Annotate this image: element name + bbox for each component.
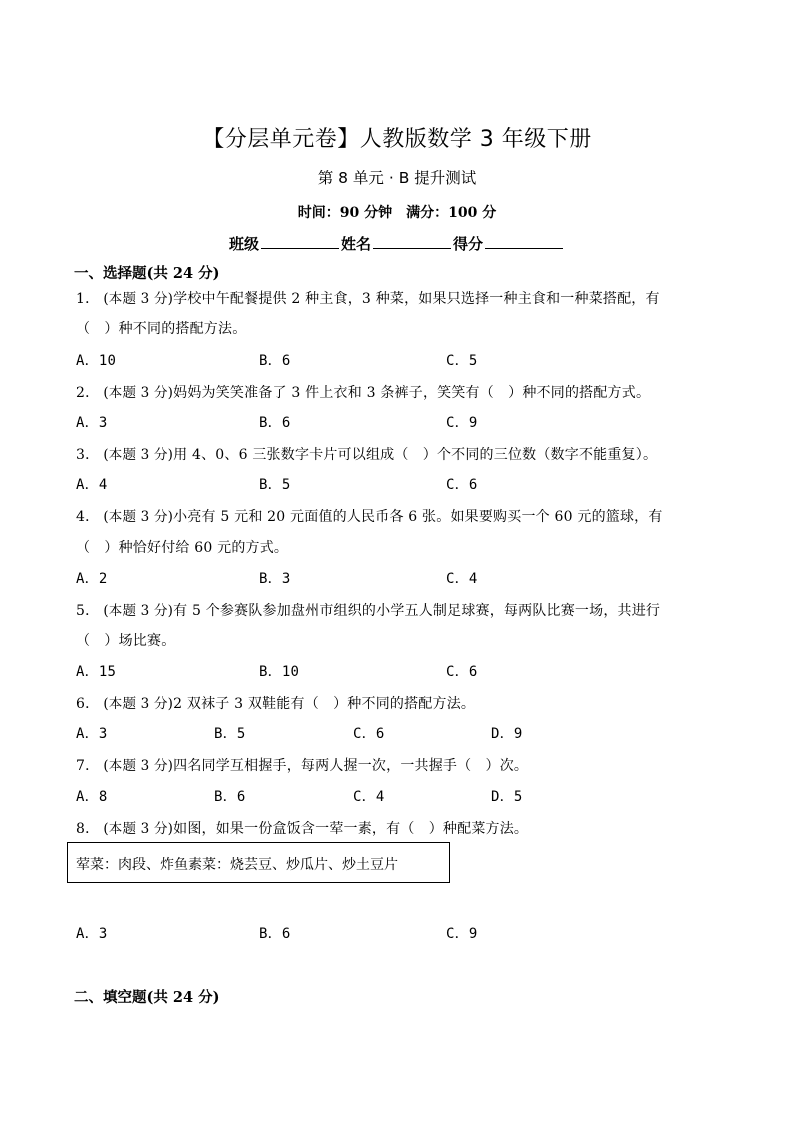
menu-figure-text: 荤菜：肉段、炸鱼素菜：烧芸豆、炒瓜片、炒土豆片 bbox=[76, 854, 398, 874]
question-2-line-1: 2．(本题 3 分)妈妈为笑笑准备了 3 件上衣和 3 条裤子，笑笑有（ ）种不… bbox=[76, 381, 650, 402]
q1-option-b[interactable]: B．6 bbox=[259, 350, 290, 370]
menu-figure-box: 荤菜：肉段、炸鱼素菜：烧芸豆、炒瓜片、炒土豆片 bbox=[67, 842, 450, 883]
score-blank[interactable] bbox=[485, 234, 563, 249]
q1-option-c[interactable]: C．5 bbox=[446, 350, 477, 370]
q2-option-c[interactable]: C．9 bbox=[446, 412, 477, 432]
class-label: 班级 bbox=[229, 235, 259, 253]
class-blank[interactable] bbox=[261, 234, 339, 249]
question-1-line-2: （ ）种不同的搭配方法。 bbox=[76, 318, 246, 338]
question-5-line-1: 5．(本题 3 分)有 5 个参赛队参加盘州市组织的小学五人制足球赛，每两队比赛… bbox=[76, 599, 660, 620]
question-3-line-1: 3．(本题 3 分)用 4、0、6 三张数字卡片可以组成（ ）个不同的三位数（数… bbox=[76, 443, 657, 464]
question-5-line-2: （ ）场比赛。 bbox=[76, 630, 175, 650]
q2-option-b[interactable]: B．6 bbox=[259, 412, 290, 432]
q1-option-a[interactable]: A．10 bbox=[76, 350, 116, 370]
q2-option-a[interactable]: A．3 bbox=[76, 412, 107, 432]
question-4-line-2: （ ）种恰好付给 60 元的方式。 bbox=[76, 537, 288, 557]
q6-option-c[interactable]: C．6 bbox=[353, 723, 384, 743]
q7-option-c[interactable]: C．4 bbox=[353, 786, 384, 806]
q3-option-a[interactable]: A．4 bbox=[76, 474, 107, 494]
name-blank[interactable] bbox=[373, 234, 451, 249]
score-label: 得分 bbox=[453, 235, 483, 253]
section-title-choice: 一、选择题(共 24 分) bbox=[74, 262, 220, 283]
q7-option-d[interactable]: D．5 bbox=[491, 786, 522, 806]
student-info-fields: 班级姓名得分 bbox=[0, 233, 794, 254]
q8-option-b[interactable]: B．6 bbox=[259, 923, 290, 943]
q6-option-b[interactable]: B．5 bbox=[214, 723, 245, 743]
q7-option-b[interactable]: B．6 bbox=[214, 786, 245, 806]
q6-option-d[interactable]: D．9 bbox=[491, 723, 522, 743]
question-8-line-1: 8．(本题 3 分)如图，如果一份盒饭含一荤一素，有（ ）种配菜方法。 bbox=[76, 817, 528, 838]
name-label: 姓名 bbox=[341, 235, 371, 253]
q4-option-a[interactable]: A．2 bbox=[76, 568, 107, 588]
q7-option-a[interactable]: A．8 bbox=[76, 786, 107, 806]
full-score: 满分：100 分 bbox=[406, 205, 496, 221]
q8-option-a[interactable]: A．3 bbox=[76, 923, 107, 943]
question-6-line-1: 6．(本题 3 分)2 双袜子 3 双鞋能有（ ）种不同的搭配方法。 bbox=[76, 692, 475, 713]
q5-option-a[interactable]: A．15 bbox=[76, 661, 116, 681]
question-4-line-1: 4．(本题 3 分)小亮有 5 元和 20 元面值的人民币各 6 张。如果要购买… bbox=[76, 505, 663, 526]
question-7-line-1: 7．(本题 3 分)四名同学互相握手，每两人握一次，一共握手（ ）次。 bbox=[76, 754, 528, 775]
document-title: 【分层单元卷】人教版数学 3 年级下册 bbox=[0, 122, 794, 153]
document-subtitle: 第 8 单元 · B 提升测试 bbox=[0, 166, 794, 188]
q5-option-b[interactable]: B．10 bbox=[259, 661, 299, 681]
q3-option-c[interactable]: C．6 bbox=[446, 474, 477, 494]
section-title-fill-in: 二、填空题(共 24 分) bbox=[74, 986, 220, 1007]
q3-option-b[interactable]: B．5 bbox=[259, 474, 290, 494]
question-1-line-1: 1．(本题 3 分)学校中午配餐提供 2 种主食，3 种菜，如果只选择一种主食和… bbox=[76, 287, 660, 308]
q6-option-a[interactable]: A．3 bbox=[76, 723, 107, 743]
exam-meta: 时间：90 分钟满分：100 分 bbox=[0, 202, 794, 222]
time-limit: 时间：90 分钟 bbox=[298, 205, 392, 221]
q8-option-c[interactable]: C．9 bbox=[446, 923, 477, 943]
q4-option-c[interactable]: C．4 bbox=[446, 568, 477, 588]
q4-option-b[interactable]: B．3 bbox=[259, 568, 290, 588]
q5-option-c[interactable]: C．6 bbox=[446, 661, 477, 681]
